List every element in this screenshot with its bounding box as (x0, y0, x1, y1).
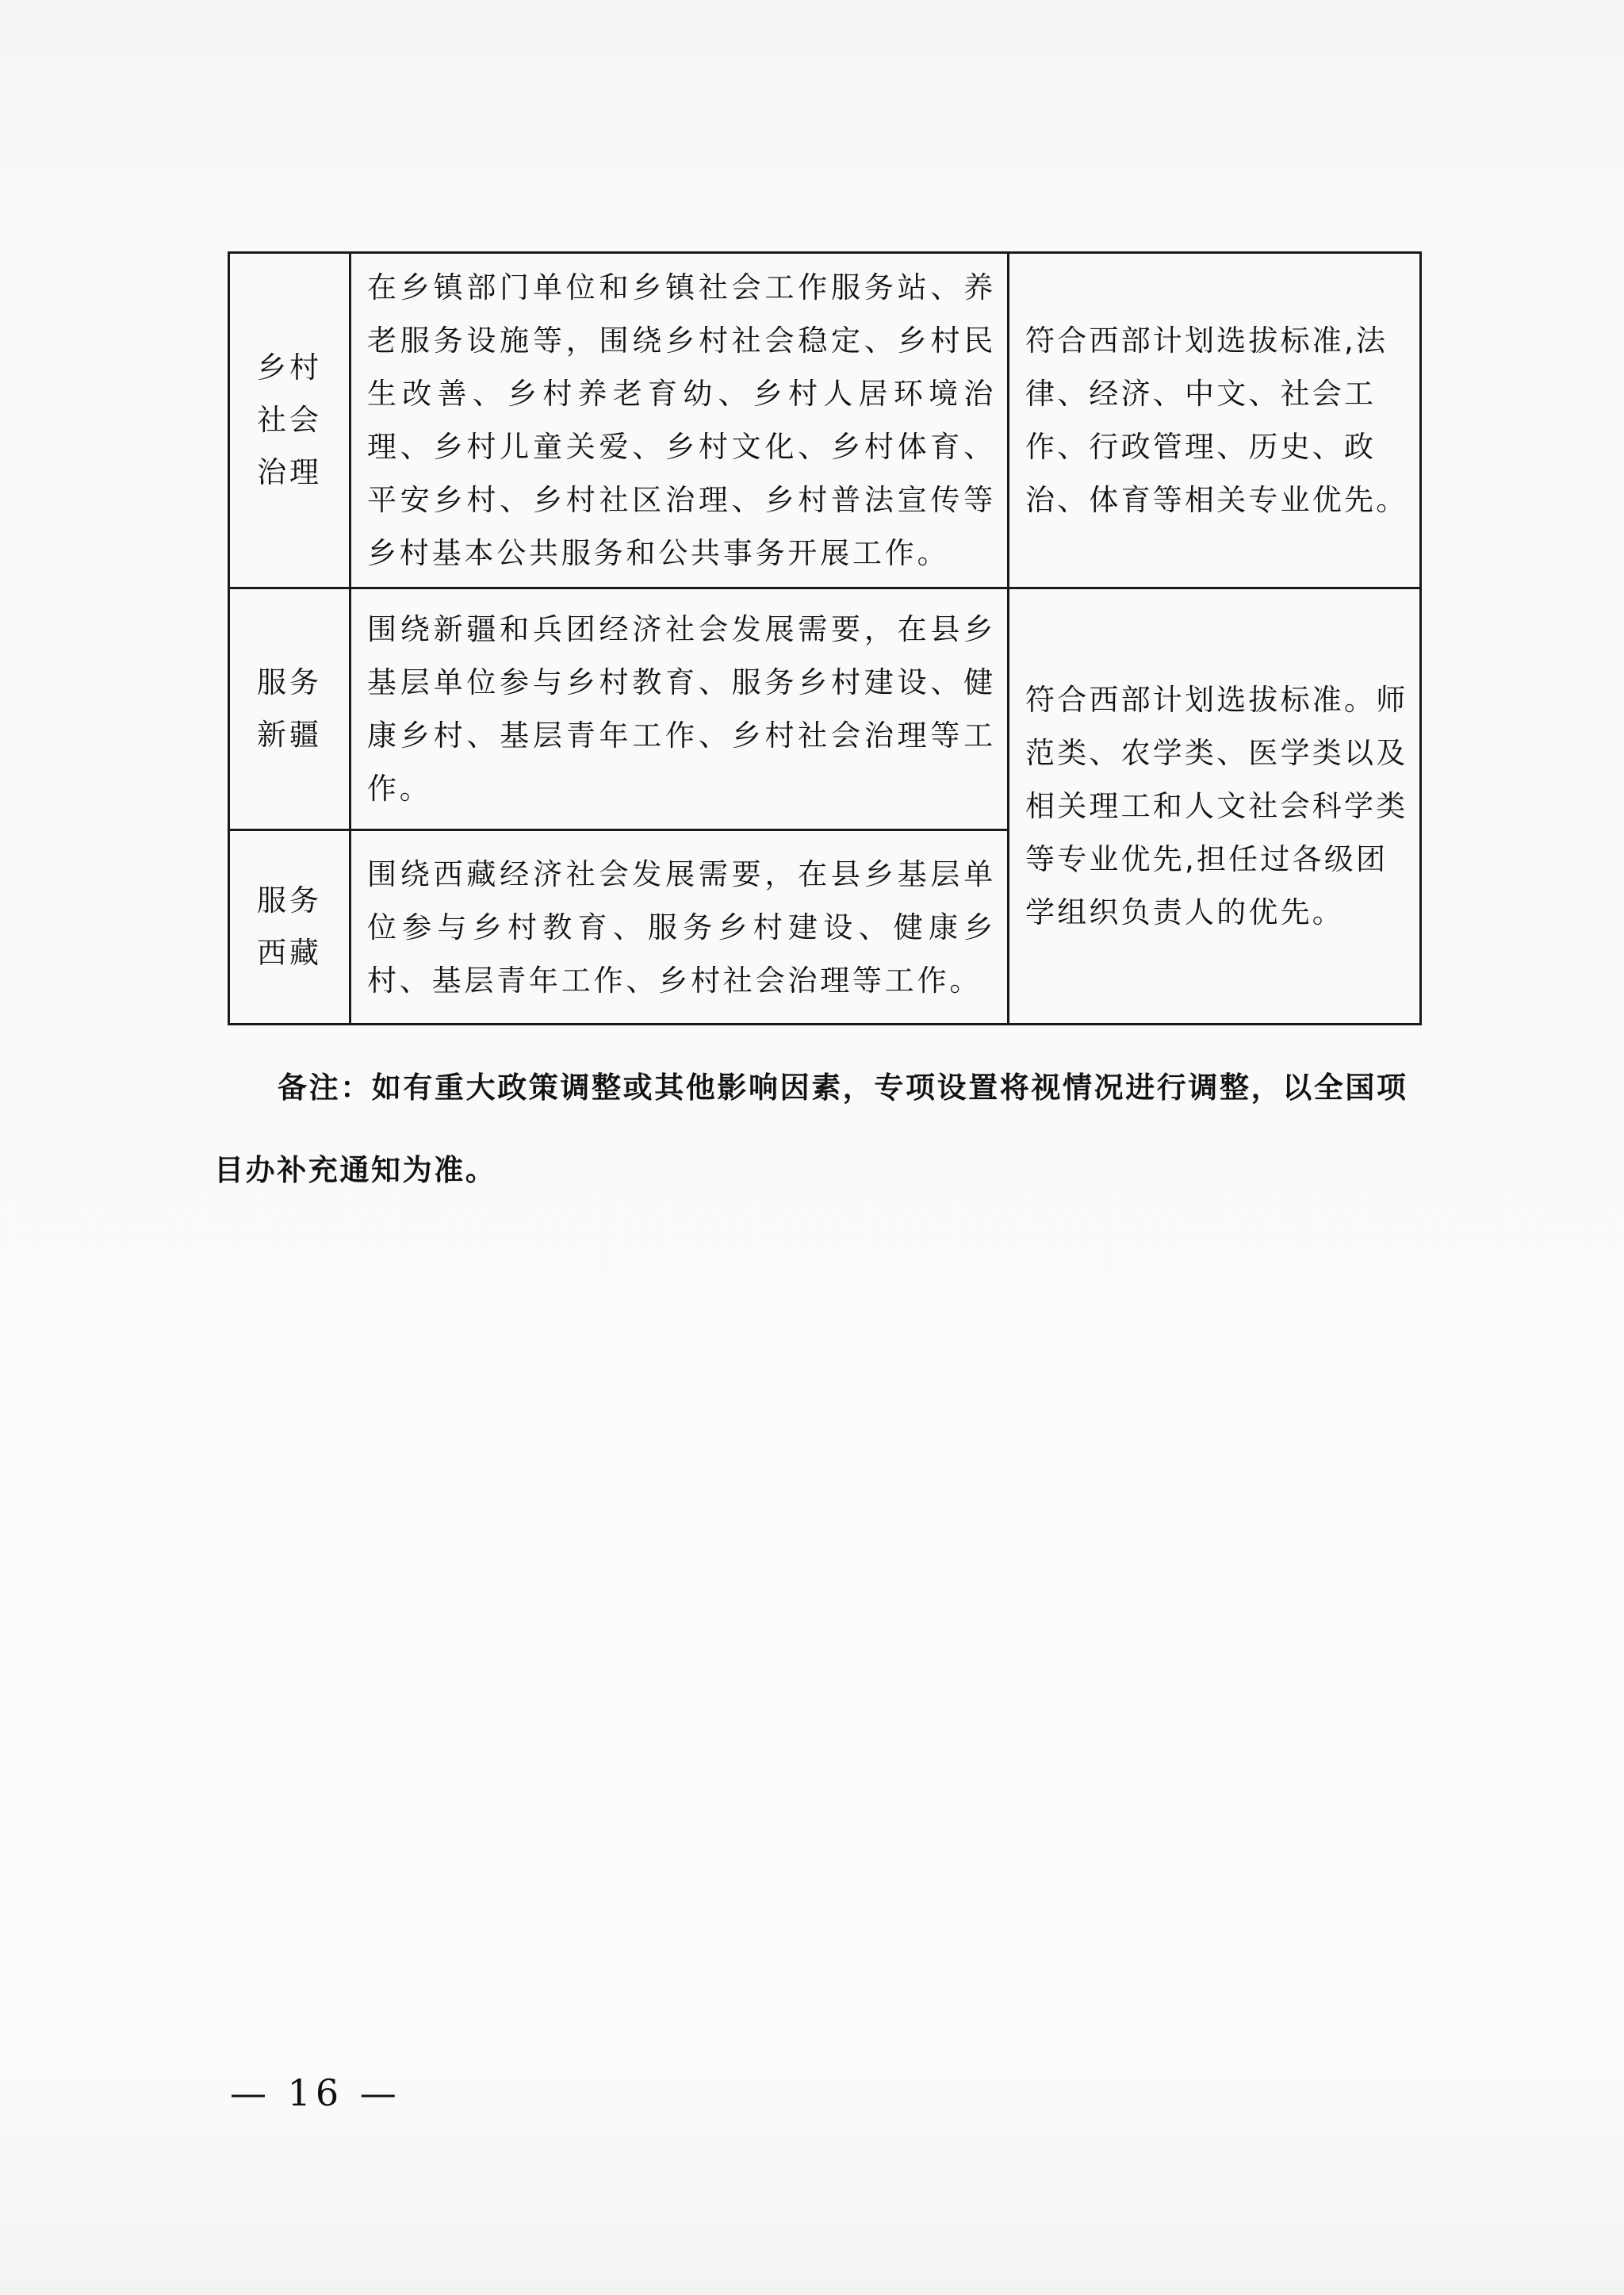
table-row: 乡村 社会 治理 在乡镇部门单位和乡镇社会工作服务站、养老服务设施等，围绕乡村社… (229, 253, 1421, 588)
table-row: 服务 新疆 围绕新疆和兵团经济社会发展需要，在县乡基层单位参与乡村教育、服务乡村… (229, 588, 1421, 830)
category-cell: 服务 西藏 (229, 830, 350, 1025)
category-line: 西藏 (230, 927, 349, 979)
description-cell: 围绕新疆和兵团经济社会发展需要，在县乡基层单位参与乡村教育、服务乡村建设、健康乡… (350, 588, 1009, 830)
category-line: 新疆 (230, 709, 349, 761)
document-page: 乡村 社会 治理 在乡镇部门单位和乡镇社会工作服务站、养老服务设施等，围绕乡村社… (0, 0, 1624, 2295)
remark-note: 备注：如有重大政策调整或其他影响因素，专项设置将视情况进行调整，以全国项目办补充… (214, 1047, 1435, 1212)
requirement-cell: 符合西部计划选拔标准。师范类、农学类、医学类以及相关理工和人文社会科学类等专业优… (1009, 588, 1421, 1025)
category-line: 治理 (230, 446, 349, 499)
requirement-cell: 符合西部计划选拔标准,法律、经济、中文、社会工作、行政管理、历史、政治、体育等相… (1009, 253, 1421, 588)
program-table: 乡村 社会 治理 在乡镇部门单位和乡镇社会工作服务站、养老服务设施等，围绕乡村社… (228, 251, 1422, 1025)
category-cell: 服务 新疆 (229, 588, 350, 830)
category-line: 服务 (230, 875, 349, 927)
description-cell: 围绕西藏经济社会发展需要，在县乡基层单位参与乡村教育、服务乡村建设、健康乡村、基… (350, 830, 1009, 1025)
category-line: 社会 (230, 394, 349, 446)
category-line: 服务 (230, 657, 349, 709)
category-line: 乡村 (230, 342, 349, 394)
category-cell: 乡村 社会 治理 (229, 253, 350, 588)
page-number: — 16 — (230, 2071, 401, 2114)
description-cell: 在乡镇部门单位和乡镇社会工作服务站、养老服务设施等，围绕乡村社会稳定、乡村民生改… (350, 253, 1009, 588)
